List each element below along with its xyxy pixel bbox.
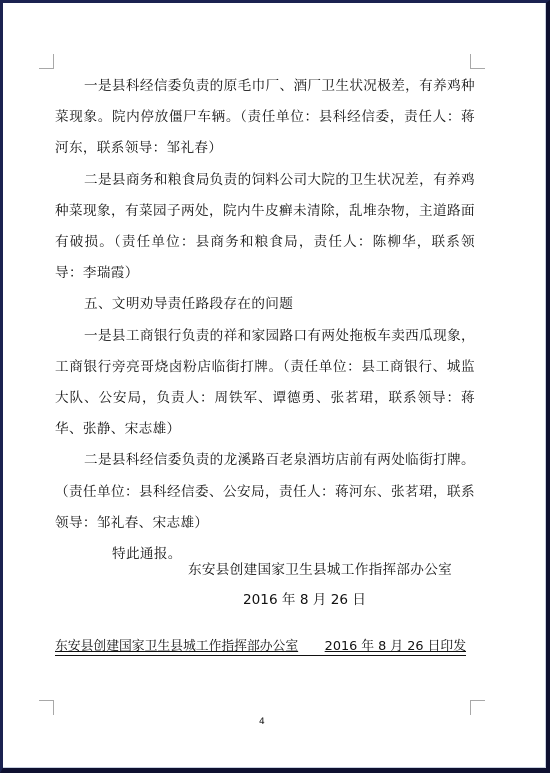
signature-date: 2016 年 8 月 26 日: [243, 588, 366, 608]
signature-issuer: 东安县创建国家卫生县城工作指挥部办公室: [188, 558, 452, 578]
margin-corner-top-right: [470, 54, 485, 69]
document-body: 一是县科经信委负责的原毛巾厂、酒厂卫生状况极差，有养鸡种菜现象。院内停放僵尸车辆…: [55, 71, 475, 570]
margin-corner-top-left: [39, 54, 54, 69]
paragraph-item-1: 一是县科经信委负责的原毛巾厂、酒厂卫生状况极差，有养鸡种菜现象。院内停放僵尸车辆…: [55, 71, 475, 165]
paragraph-item-4: 二是县科经信委负责的龙溪路百老泉酒坊店前有两处临街打牌。（责任单位：县科经信委、…: [55, 445, 475, 539]
margin-corner-bottom-right: [470, 700, 485, 715]
document-page: 一是县科经信委负责的原毛巾厂、酒厂卫生状况极差，有养鸡种菜现象。院内停放僵尸车辆…: [3, 3, 546, 768]
paragraph-item-2: 二是县商务和粮食局负责的饲料公司大院的卫生状况差，有养鸡种菜现象，有菜园子两处，…: [55, 165, 475, 290]
section-heading: 五、文明劝导责任路段存在的问题: [55, 289, 475, 320]
margin-corner-bottom-left: [39, 700, 54, 715]
footer-issue-date: 2016 年 8 月 26 日印发: [325, 635, 466, 654]
paragraph-item-3: 一是县工商银行负责的祥和家园路口有两处拖板车卖西瓜现象，工商银行旁亮哥烧卤粉店临…: [55, 321, 475, 446]
footer-issuer: 东安县创建国家卫生县城工作指挥部办公室: [55, 635, 298, 654]
page-number: 4: [259, 717, 265, 727]
footer-issue-line: 东安县创建国家卫生县城工作指挥部办公室 2016 年 8 月 26 日印发: [55, 635, 466, 656]
